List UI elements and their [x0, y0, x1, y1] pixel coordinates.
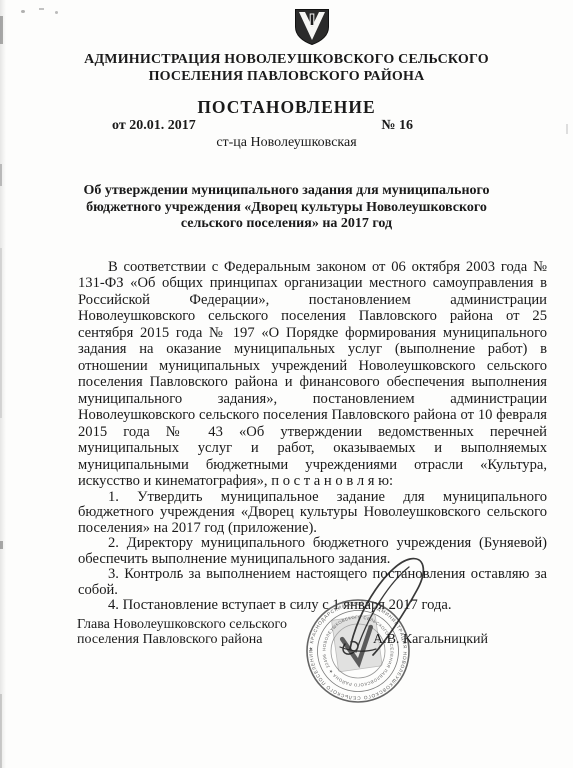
- scan-artifact: [0, 541, 3, 549]
- doc-type-heading: ПОСТАНОВЛЕНИЕ: [0, 97, 573, 117]
- scan-artifact: [0, 16, 3, 44]
- signatory-position-line: Глава Новолеушковского сельского: [77, 617, 287, 632]
- scan-artifact: [0, 164, 2, 186]
- doc-date: от 20.01. 2017: [112, 118, 196, 133]
- scan-artifact: [0, 694, 2, 768]
- scan-artifact: [566, 124, 568, 134]
- document-page: АДМИНИСТРАЦИЯ НОВОЛЕУШКОВСКОГО СЕЛЬСКОГО…: [0, 0, 573, 768]
- signatory-position: Глава Новолеушковского сельского поселен…: [77, 617, 287, 647]
- scan-artifact: [39, 8, 44, 10]
- resolution-item: 1. Утвердить муниципальное задание для м…: [78, 490, 547, 537]
- coat-of-arms-icon: [294, 8, 330, 46]
- signature-block: Глава Новолеушковского сельского поселен…: [77, 617, 488, 647]
- org-name: АДМИНИСТРАЦИЯ НОВОЛЕУШКОВСКОГО СЕЛЬСКОГО…: [77, 52, 497, 85]
- doc-meta-row: от 20.01. 2017 № 16: [78, 118, 547, 133]
- doc-place: ст-ца Новолеушковская: [0, 136, 573, 150]
- resolution-item: 2. Директору муниципального бюджетного у…: [78, 536, 547, 567]
- scan-artifact: [0, 248, 2, 418]
- doc-body: В соответствии с Федеральным законом от …: [78, 259, 547, 614]
- signatory-name: А.В. Кагальницкий: [373, 632, 488, 647]
- scan-artifact: [55, 11, 58, 14]
- doc-title: Об утверждении муниципального задания дл…: [81, 183, 493, 233]
- handwritten-signature: [330, 552, 475, 667]
- scan-artifact: [21, 10, 25, 13]
- signatory-position-line: поселения Павловского района: [77, 632, 287, 647]
- doc-number: № 16: [381, 118, 413, 133]
- preamble-paragraph: В соответствии с Федеральным законом от …: [78, 259, 547, 490]
